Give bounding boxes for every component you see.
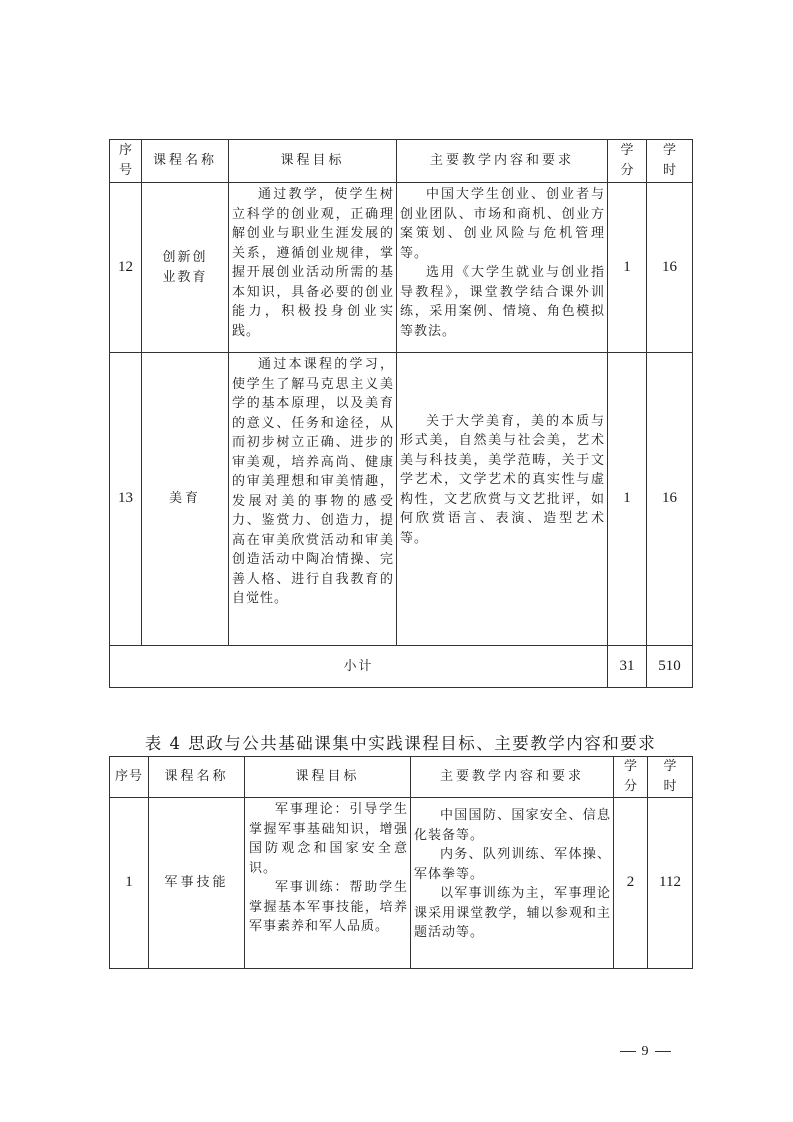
header-name: 课程名称 [149,757,245,798]
header-goal: 课程目标 [245,757,411,798]
row-hours: 16 [647,183,693,353]
course-table-continued: 序号 课程名称 课程目标 主要教学内容和要求 学分 学时 12 创新创业教育 通… [109,139,693,688]
header-index: 序号 [110,140,142,183]
row-goal: 通过教学，使学生树立科学的创业观，正确理解创业与职业生涯发展的关系，遵循创业规律… [229,183,397,353]
goal-paragraph: 通过教学，使学生树立科学的创业观，正确理解创业与职业生涯发展的关系，遵循创业规律… [232,185,394,341]
row-goal: 军事理论：引导学生掌握军事基础知识，增强国防观念和国家安全意识。 军事训练：帮助… [245,798,411,969]
dash-decoration [620,1051,636,1052]
goal-paragraph: 通过本课程的学习，使学生了解马克思主义美学的基本原理，以及美育的意义、任务和途径… [232,355,394,609]
row-goal: 通过本课程的学习，使学生了解马克思主义美学的基本原理，以及美育的意义、任务和途径… [229,353,397,646]
table-row: 12 创新创业教育 通过教学，使学生树立科学的创业观，正确理解创业与职业生涯发展… [110,183,693,353]
content-paragraph: 以军事训练为主，军事理论课采用课堂教学，辅以参观和主题活动等。 [414,884,611,943]
table-row: 13 美育 通过本课程的学习，使学生了解马克思主义美学的基本原理，以及美育的意义… [110,353,693,646]
subtotal-credit: 31 [608,646,647,688]
content-paragraph: 选用《大学生就业与创业指导教程》，课堂教学结合课外训练，采用案例、情境、角色模拟… [400,263,605,341]
header-hours: 学时 [647,140,693,183]
row-name: 军事技能 [149,798,245,969]
row-name: 创新创业教育 [142,183,229,353]
table-header-row: 序号 课程名称 课程目标 主要教学内容和要求 学分 学时 [110,140,693,183]
content-paragraph: 内务、队列训练、军体操、军体拳等。 [414,845,611,884]
dash-decoration [655,1051,671,1052]
practice-course-table: 序号 课程名称 课程目标 主要教学内容和要求 学分 学时 1 军事技能 军事理论… [109,756,693,969]
row-index: 1 [110,798,149,969]
row-index: 13 [110,353,142,646]
content-paragraph: 关于大学美育，美的本质与形式美，自然美与社会美，艺术美与科技美，美学范畴，关于文… [400,412,605,549]
subtotal-row: 小计 31 510 [110,646,693,688]
subtotal-hours: 510 [647,646,693,688]
row-credit: 1 [608,183,647,353]
row-hours: 112 [648,798,693,969]
header-credit: 学分 [614,757,648,798]
page-number-value: 9 [642,1044,649,1059]
row-content: 关于大学美育，美的本质与形式美，自然美与社会美，艺术美与科技美，美学范畴，关于文… [397,353,608,646]
content-paragraph: 中国大学生创业、创业者与创业团队、市场和商机、创业方案策划、创业风险与危机管理等… [400,185,605,263]
content-paragraph: 中国国防、国家安全、信息化装备等。 [414,806,611,845]
row-index: 12 [110,183,142,353]
header-hours: 学时 [648,757,693,798]
row-content: 中国国防、国家安全、信息化装备等。 内务、队列训练、军体操、军体拳等。 以军事训… [411,798,614,969]
header-goal: 课程目标 [229,140,397,183]
table-row: 1 军事技能 军事理论：引导学生掌握军事基础知识，增强国防观念和国家安全意识。 … [110,798,693,969]
row-credit: 2 [614,798,648,969]
header-content: 主要教学内容和要求 [411,757,614,798]
row-credit: 1 [608,353,647,646]
goal-paragraph: 军事理论：引导学生掌握军事基础知识，增强国防观念和国家安全意识。 [249,800,408,878]
header-credit: 学分 [608,140,647,183]
row-hours: 16 [647,353,693,646]
row-name: 美育 [142,353,229,646]
table-header-row: 序号 课程名称 课程目标 主要教学内容和要求 学分 学时 [110,757,693,798]
page-number: 9 [612,1044,678,1060]
goal-paragraph: 军事训练：帮助学生掌握基本军事技能，培养军事素养和军人品质。 [249,878,408,937]
header-name: 课程名称 [142,140,229,183]
subtotal-label: 小计 [110,646,608,688]
header-index: 序号 [110,757,149,798]
header-content: 主要教学内容和要求 [397,140,608,183]
row-content: 中国大学生创业、创业者与创业团队、市场和商机、创业方案策划、创业风险与危机管理等… [397,183,608,353]
table-caption: 表 4 思政与公共基础课集中实践课程目标、主要教学内容和要求 [109,730,692,754]
